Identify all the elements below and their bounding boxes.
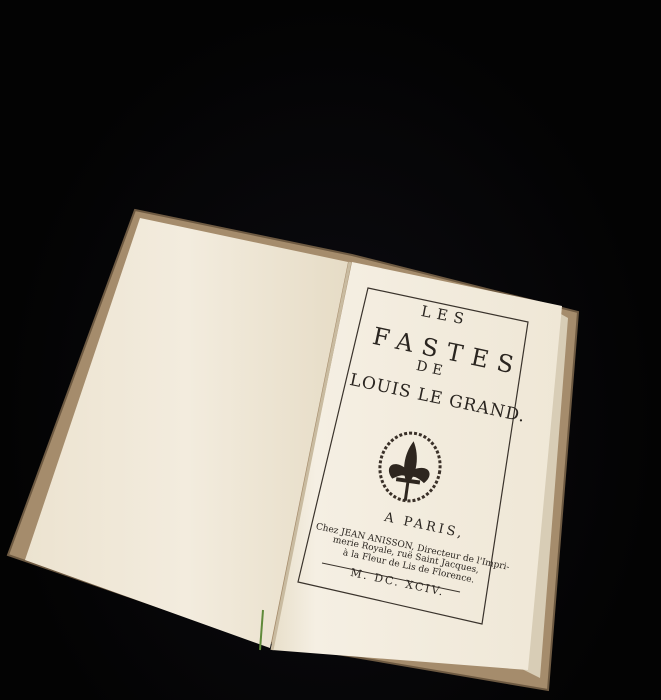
open-book [0,0,661,700]
